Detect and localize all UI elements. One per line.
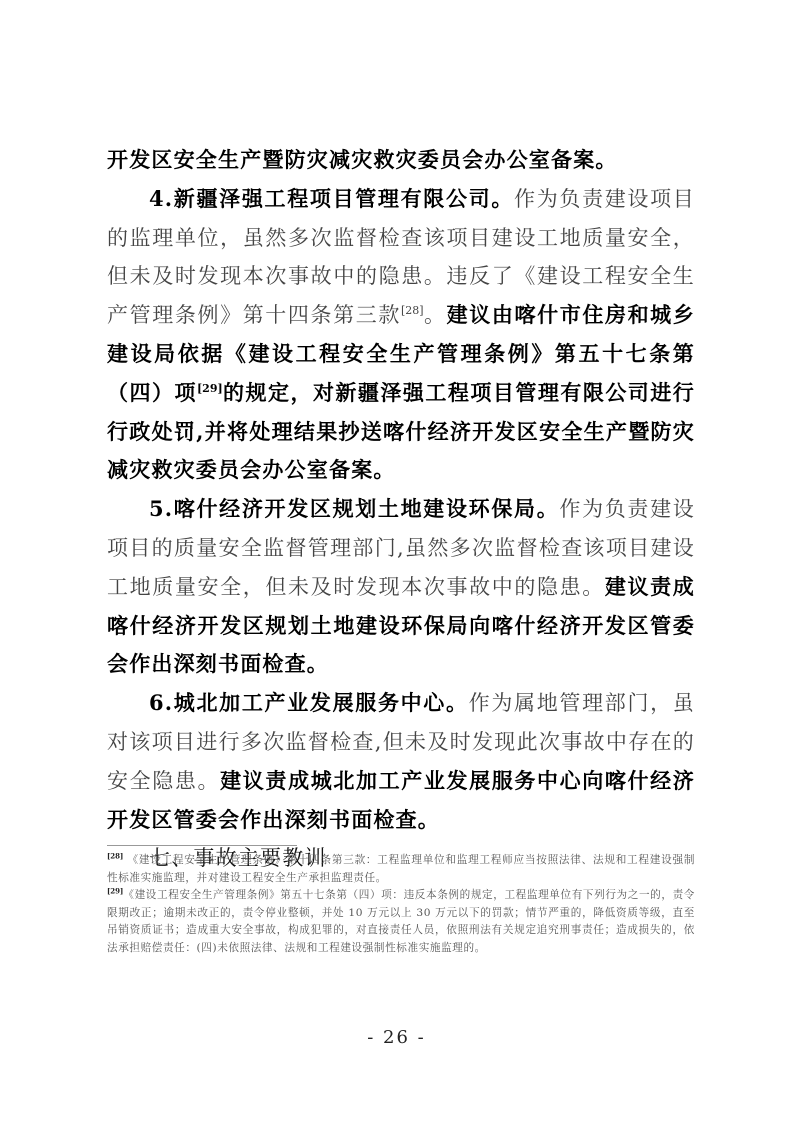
paragraph-item-4: 4.新疆泽强工程项目管理有限公司。作为负责建设项目的监理单位，虽然多次监督检查该… <box>107 180 695 490</box>
paragraph-item-5: 5.喀什经济开发区规划土地建设环保局。作为负责建设项目的质量安全监督管理部门,虽… <box>107 490 695 684</box>
bold-text: 开发区安全生产暨防灾减灾救灾委员会办公室备案。 <box>107 147 618 172</box>
item-title: 5.喀什经济开发区规划土地建设环保局。 <box>149 496 559 521</box>
item-title: 4.新疆泽强工程项目管理有限公司。 <box>149 186 514 211</box>
footnote-ref-28[interactable]: [28] <box>401 304 424 317</box>
footnote-text: 《建设工程安全生产管理条例》第五十七条第（四）项：违反本条例的规定，工程监理单位… <box>107 889 695 954</box>
footnote-28: [28] 《建设工程安全生产管理条例》第十四条第三款：工程监理单位和监理工程师应… <box>107 852 695 887</box>
page-number: - 26 - <box>0 1027 793 1048</box>
item-title: 6.城北加工产业发展服务中心。 <box>149 690 469 715</box>
footnote-text: 《建设工程安全生产管理条例》第十四条第三款：工程监理单位和监理工程师应当按照法律… <box>107 854 695 884</box>
body-text: 开发区安全生产暨防灾减灾救灾委员会办公室备案。 4.新疆泽强工程项目管理有限公司… <box>107 141 695 878</box>
footnote-29: [29]《建设工程安全生产管理条例》第五十七条第（四）项：违反本条例的规定，工程… <box>107 887 695 957</box>
footnote-separator <box>107 845 297 846</box>
footnotes: [28] 《建设工程安全生产管理条例》第十四条第三款：工程监理单位和监理工程师应… <box>107 852 695 957</box>
footnote-mark: [29] <box>107 886 123 895</box>
paragraph-item-6: 6.城北加工产业发展服务中心。作为属地管理部门，虽对该项目进行多次监督检查,但未… <box>107 684 695 839</box>
document-page: 开发区安全生产暨防灾减灾救灾委员会办公室备案。 4.新疆泽强工程项目管理有限公司… <box>0 0 793 1122</box>
footnote-ref-29[interactable]: [29] <box>197 382 223 395</box>
plain-text: 。 <box>424 303 447 327</box>
paragraph-continuation: 开发区安全生产暨防灾减灾救灾委员会办公室备案。 <box>107 141 695 180</box>
footnote-mark: [28] <box>107 851 123 860</box>
